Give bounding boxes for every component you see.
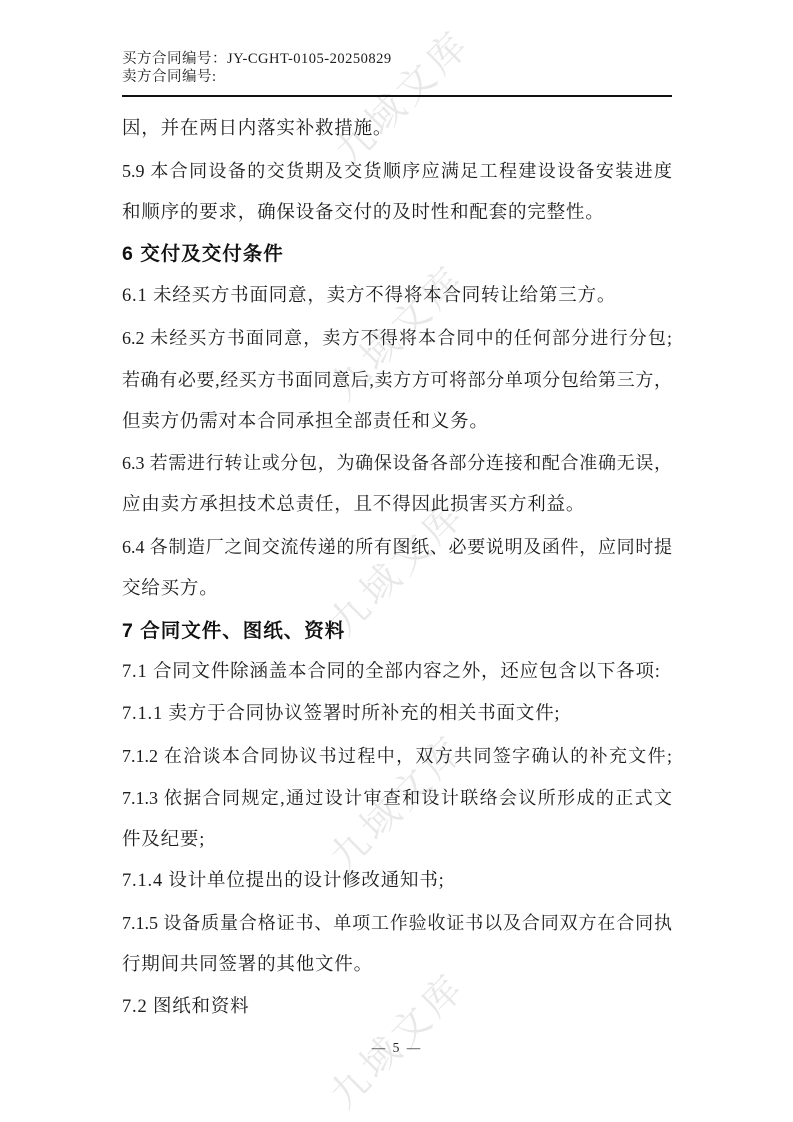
text-line: 7.1.4 设计单位提出的设计修改通知书;	[122, 861, 672, 903]
text-line: 交给买方。	[122, 569, 672, 611]
page-header: 买方合同编号：JY-CGHT-0105-20250829 卖方合同编号:	[122, 50, 392, 86]
text-line: 件及纪要;	[122, 820, 672, 862]
text-line: 7.1.2 在洽谈本合同协议书过程中，双方共同签字确认的补充文件;	[122, 736, 672, 778]
text-line: 7.1.5 设备质量合格证书、单项工作验收证书以及合同双方在合同执	[122, 903, 672, 945]
text-line: 因，并在两日内落实补救措施。	[122, 109, 672, 151]
seller-contract-line: 卖方合同编号:	[122, 68, 392, 86]
contract-page: 九域文库九域文库九域文库九域文库九域文库 买方合同编号：JY-CGHT-0105…	[0, 0, 793, 1122]
header-rule	[122, 95, 672, 97]
section-heading: 7 合同文件、图纸、资料	[122, 611, 672, 653]
text-line: 但卖方仍需对本合同承担全部责任和义务。	[122, 402, 672, 444]
text-line: 7.1.3 依据合同规定,通过设计审查和设计联络会议所形成的正式文	[122, 778, 672, 820]
text-line: 7.1.1 卖方于合同协议签署时所补充的相关书面文件;	[122, 694, 672, 736]
text-line: 6.3 若需进行转让或分包，为确保设备各部分连接和配合准确无误，	[122, 443, 672, 485]
page-footer: — 5 —	[122, 1040, 672, 1056]
buyer-contract-number: JY-CGHT-0105-20250829	[227, 51, 392, 67]
text-line: 若确有必要,经买方书面同意后,卖方方可将部分单项分包给第三方，	[122, 360, 672, 402]
section-heading: 6 交付及交付条件	[122, 234, 672, 276]
text-line: 6.1 未经买方书面同意，卖方不得将本合同转让给第三方。	[122, 276, 672, 318]
text-line: 7.2 图纸和资料	[122, 987, 672, 1029]
buyer-contract-line: 买方合同编号：JY-CGHT-0105-20250829	[122, 50, 392, 68]
text-line: 行期间共同签署的其他文件。	[122, 945, 672, 987]
text-line: 5.9 本合同设备的交货期及交货顺序应满足工程建设设备安装进度	[122, 151, 672, 193]
text-line: 7.1 合同文件除涵盖本合同的全部内容之外，还应包含以下各项:	[122, 652, 672, 694]
buyer-contract-label: 买方合同编号：	[122, 51, 227, 67]
text-line: 和顺序的要求，确保设备交付的及时性和配套的完整性。	[122, 193, 672, 235]
text-line: 6.4 各制造厂之间交流传递的所有图纸、必要说明及函件，应同时提	[122, 527, 672, 569]
text-line: 应由卖方承担技术总责任，且不得因此损害买方利益。	[122, 485, 672, 527]
seller-contract-label: 卖方合同编号:	[122, 69, 217, 85]
page-number: — 5 —	[372, 1040, 423, 1055]
document-body: 因，并在两日内落实补救措施。5.9 本合同设备的交货期及交货顺序应满足工程建设设…	[122, 109, 672, 1029]
text-line: 6.2 未经买方书面同意，卖方不得将本合同中的任何部分进行分包;	[122, 318, 672, 360]
